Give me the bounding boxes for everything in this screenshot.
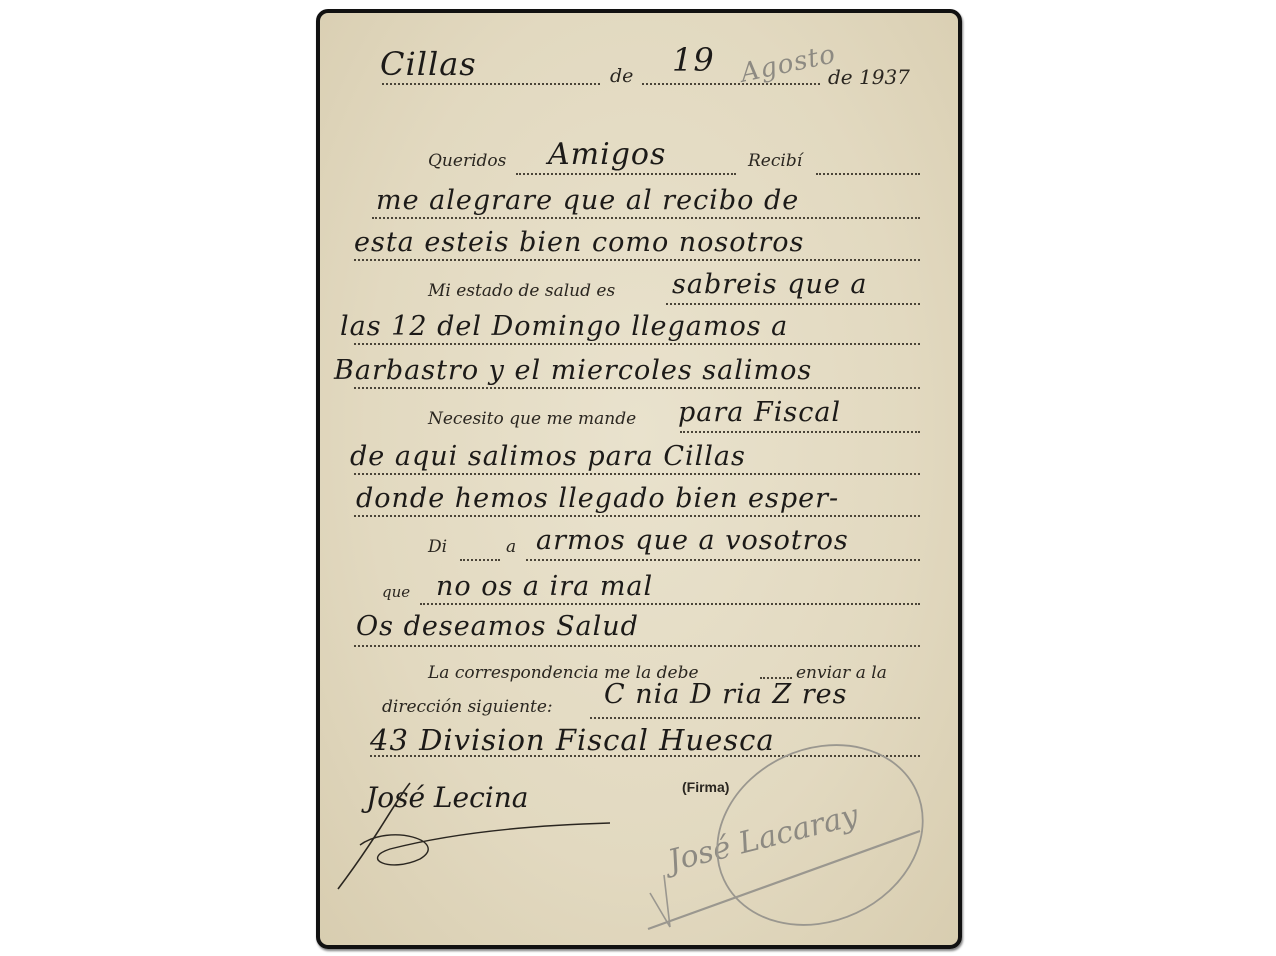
- address-line: 43 Division Fiscal Huesca: [320, 729, 958, 769]
- tell-handwritten: armos que a vosotros: [536, 525, 849, 556]
- dotted-line: [526, 559, 920, 561]
- closing-handwritten: Os deseamos Salud: [356, 611, 639, 642]
- health-printed-label: Mi estado de salud es: [428, 281, 615, 301]
- dotted-line: [354, 387, 920, 389]
- year-label: de 1937: [828, 65, 910, 89]
- dotted-line: [680, 431, 920, 433]
- postcard: Cillas de 19 Agosto de 1937 Queridos Ami…: [316, 9, 962, 949]
- place-dotted-line: [382, 83, 600, 85]
- tell-line: Di a armos que a vosotros: [320, 531, 958, 571]
- body-line-2: esta esteis bien como nosotros: [320, 231, 958, 271]
- dotted-line: [354, 645, 920, 647]
- header-line: Cillas de 19 Agosto de 1937: [320, 51, 958, 91]
- sender-signature: José Lecina: [366, 781, 528, 814]
- body-line-1: me alegrare que al recibo de: [320, 189, 958, 229]
- need-handwritten: para Fiscal: [678, 397, 841, 428]
- handwritten-line: Barbastro y el miercoles salimos: [334, 355, 812, 386]
- firma-label: (Firma): [682, 779, 729, 795]
- handwritten-line: de aqui salimos para Cillas: [350, 441, 746, 472]
- received-printed-label: Recibí: [748, 151, 802, 171]
- handwritten-line: me alegrare que al recibo de: [376, 185, 799, 216]
- body-line-3: las 12 del Domingo llegamos a: [320, 315, 958, 355]
- closing-line: Os deseamos Salud: [320, 617, 958, 657]
- address-printed-label: dirección siguiente:: [382, 697, 553, 717]
- dotted-line: [666, 303, 920, 305]
- handwritten-line: donde hemos llegado bien esper-: [356, 483, 839, 514]
- month-pencil-note: Agosto: [738, 39, 839, 88]
- day-dotted-line: [642, 83, 820, 85]
- greeting-line: Queridos Amigos Recibí: [320, 145, 958, 185]
- greeting-dotted-line: [516, 173, 736, 175]
- need-line: Necesito que me mande para Fiscal: [320, 403, 958, 443]
- dotted-line: [354, 515, 920, 517]
- health-handwritten: sabreis que a: [672, 269, 868, 300]
- handwritten-line: las 12 del Domingo llegamos a: [340, 311, 788, 342]
- tell-printed-a: a: [506, 537, 516, 557]
- address-handwritten-unit: C nia D ria Z res: [604, 679, 847, 710]
- dotted-line: [372, 217, 920, 219]
- tell-printed-label: Di: [428, 537, 447, 557]
- body-line-5: de aqui salimos para Cillas: [320, 445, 958, 485]
- dotted-line: [354, 473, 920, 475]
- body-line-6: donde hemos llegado bien esper-: [320, 487, 958, 527]
- received-dotted-line: [816, 173, 920, 175]
- dotted-line: [354, 343, 920, 345]
- header-de-label: de: [610, 65, 633, 87]
- dotted-line: [590, 717, 920, 719]
- need-printed-label: Necesito que me mande: [428, 409, 636, 429]
- body-line-4: Barbastro y el miercoles salimos: [320, 359, 958, 399]
- dotted-line: [420, 603, 920, 605]
- health-line: Mi estado de salud es sabreis que a: [320, 275, 958, 315]
- day-handwritten: 19: [672, 41, 715, 79]
- dotted-line: [460, 559, 500, 561]
- greeting-printed-label: Queridos: [428, 151, 506, 171]
- dotted-line: [370, 755, 920, 757]
- censor-pencil-signature: José Lacaray: [665, 798, 862, 879]
- dotted-line: [354, 259, 920, 261]
- greeting-handwritten: Amigos: [548, 137, 666, 172]
- que-handwritten: no os a ira mal: [436, 571, 653, 602]
- place-handwritten: Cillas: [380, 45, 477, 83]
- que-printed-label: que: [382, 583, 410, 601]
- que-line: que no os a ira mal: [320, 575, 958, 615]
- handwritten-line: esta esteis bien como nosotros: [354, 227, 804, 258]
- address-handwritten: 43 Division Fiscal Huesca: [370, 723, 775, 757]
